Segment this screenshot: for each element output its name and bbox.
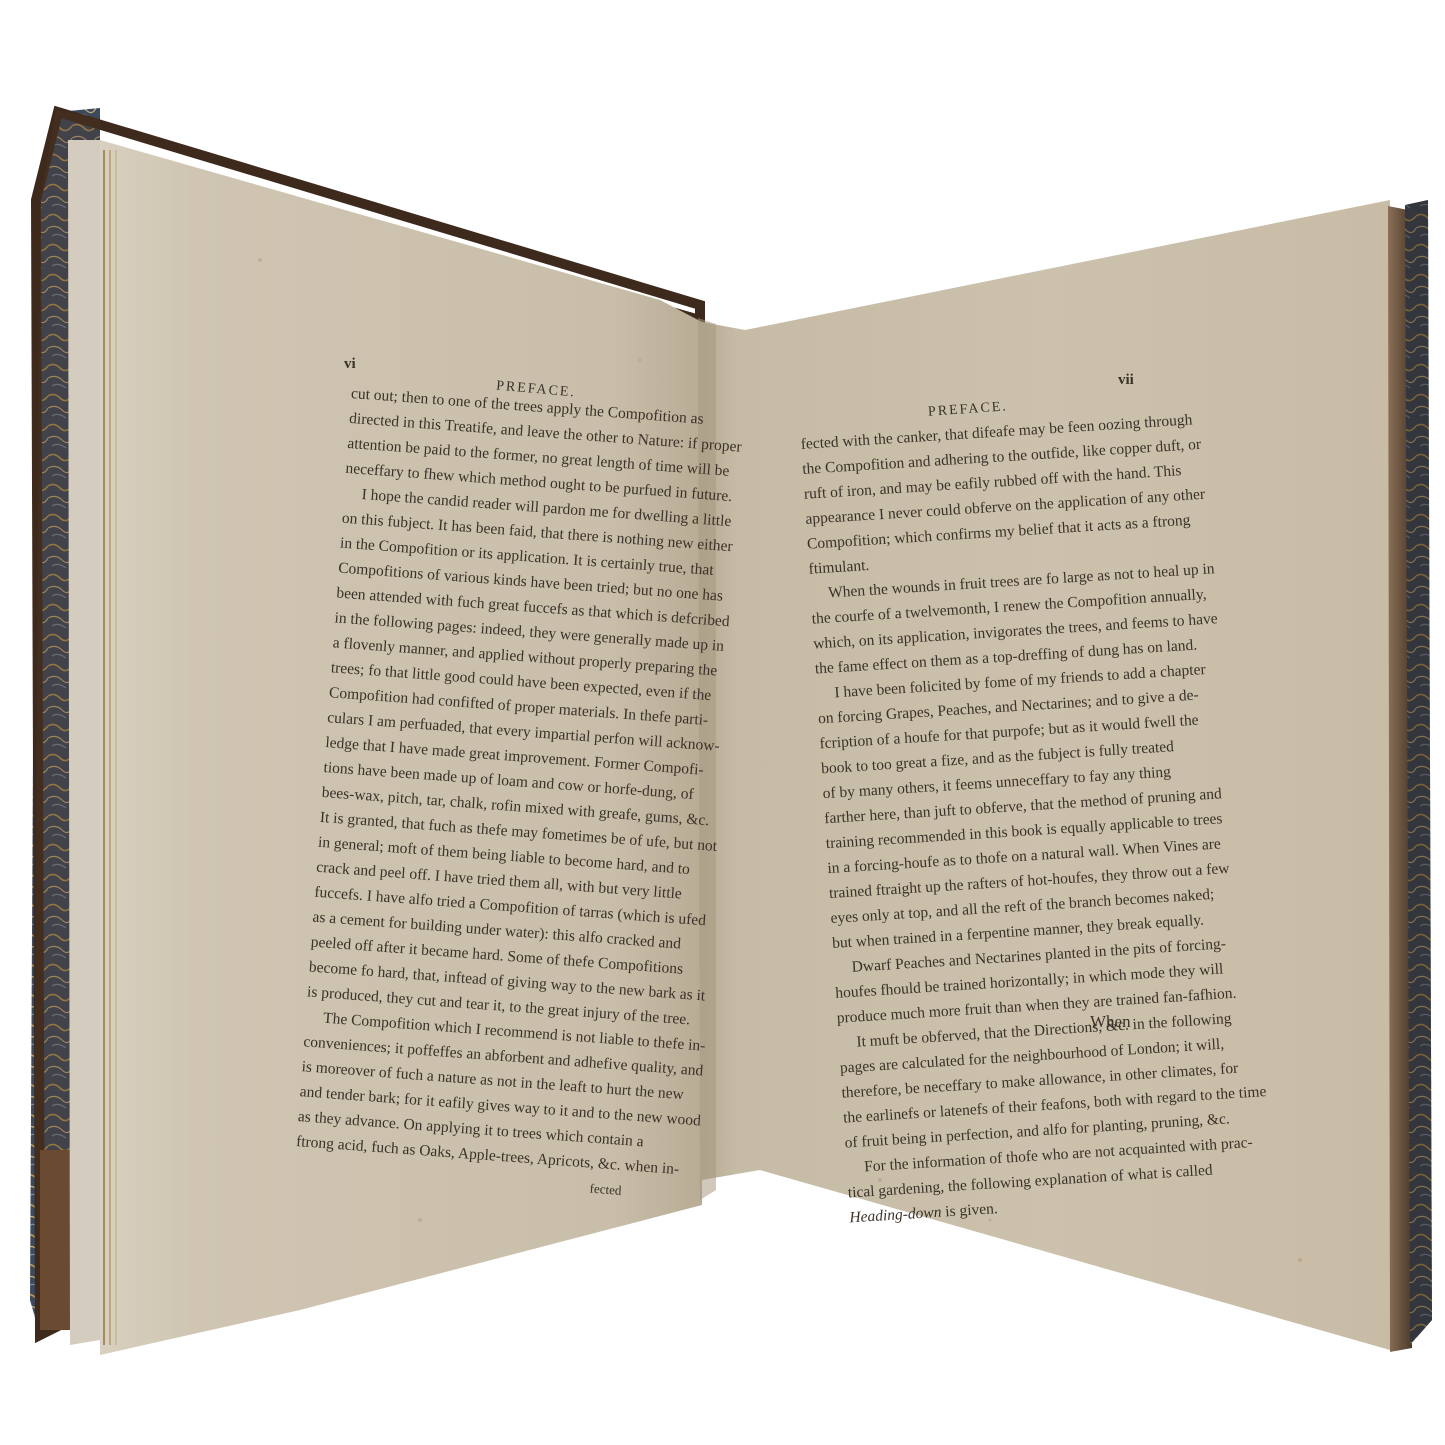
photo-stage: vi PREFACE. cut out; then to one of the … bbox=[0, 0, 1445, 1445]
right-folio: vii bbox=[1118, 372, 1134, 389]
left-folio: vi bbox=[344, 356, 356, 373]
open-book-illustration bbox=[0, 0, 1445, 1445]
heading-down-term: Heading-down bbox=[849, 1204, 942, 1227]
right-page-body: fected with the canker, that difeafe may… bbox=[800, 411, 1180, 1230]
right-catchword: When bbox=[1090, 1012, 1131, 1032]
text-fragment: is given. bbox=[941, 1200, 998, 1221]
left-flyleaf bbox=[68, 140, 100, 1345]
left-page-body: cut out; then to one of the trees apply … bbox=[293, 381, 679, 1203]
